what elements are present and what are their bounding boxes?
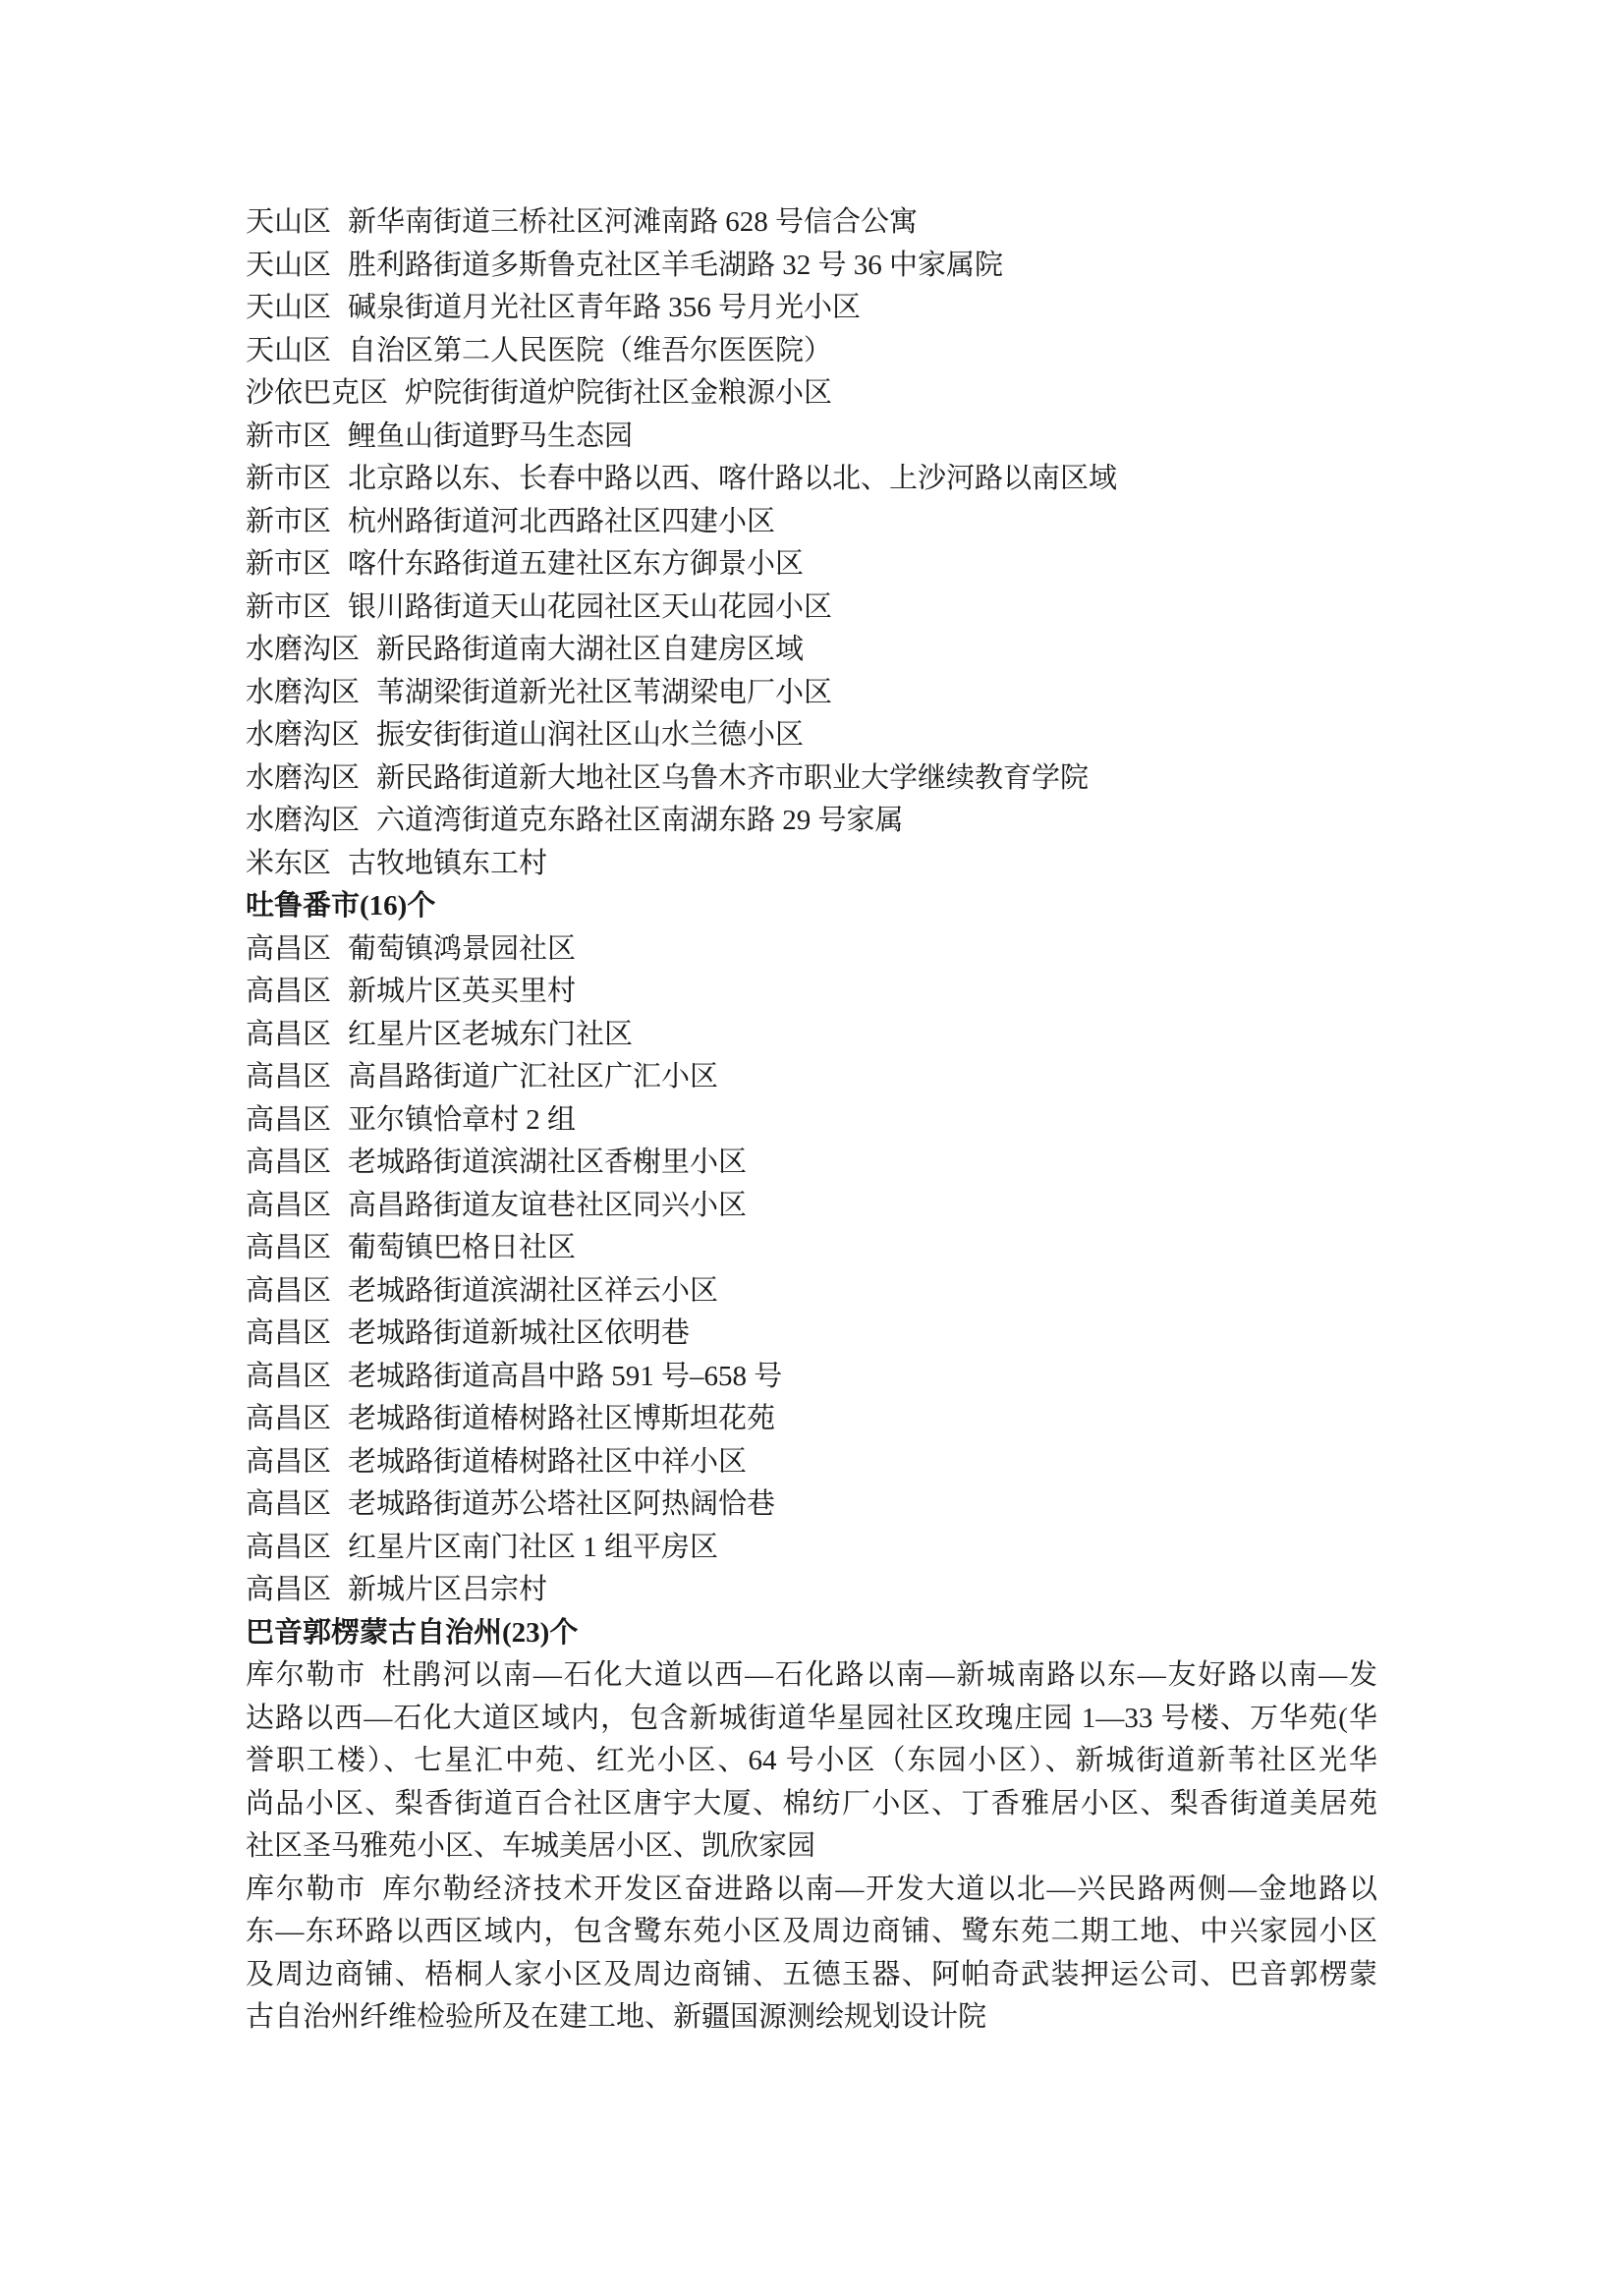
entry-detail: 胜利路街道多斯鲁克社区羊毛湖路 32 号 36 中家属院 — [348, 245, 1003, 288]
entry-district: 高昌区 — [246, 1142, 331, 1185]
entry-district: 高昌区 — [246, 1398, 331, 1441]
entry-district: 水磨沟区 — [246, 800, 360, 843]
entry-detail: 鲤鱼山街道野马生态园 — [348, 416, 633, 459]
entry-district: 高昌区 — [246, 1056, 331, 1099]
paragraph-line: 古自治州纤维检验所及在建工地、新疆国源测绘规划设计院 — [246, 1996, 1377, 2040]
entry-district: 高昌区 — [246, 1227, 331, 1270]
entry-district: 天山区 — [246, 201, 331, 245]
list-item: 沙依巴克区炉院街街道炉院街社区金粮源小区 — [246, 372, 1377, 416]
list-item: 新市区喀什东路街道五建社区东方御景小区 — [246, 543, 1377, 587]
entry-district: 高昌区 — [246, 1527, 331, 1570]
list-item: 新市区杭州路街道河北西路社区四建小区 — [246, 501, 1377, 544]
list-item: 高昌区老城路街道滨湖社区祥云小区 — [246, 1270, 1377, 1314]
paragraph-line: 东—东环路以西区域内，包含鹭东苑小区及周边商铺、鹭东苑二期工地、中兴家园小区 — [246, 1911, 1377, 1954]
list-item: 高昌区老城路街道高昌中路 591 号–658 号 — [246, 1356, 1377, 1399]
list-item: 水磨沟区苇湖梁街道新光社区苇湖梁电厂小区 — [246, 672, 1377, 715]
entry-detail: 杭州路街道河北西路社区四建小区 — [348, 501, 775, 544]
list-item: 高昌区老城路街道椿树路社区中祥小区 — [246, 1441, 1377, 1484]
list-item: 水磨沟区新民路街道南大湖社区自建房区域 — [246, 629, 1377, 672]
list-item: 高昌区老城路街道新城社区依明巷 — [246, 1313, 1377, 1356]
entry-district: 天山区 — [246, 245, 331, 288]
entry-district: 水磨沟区 — [246, 714, 360, 757]
entry-detail: 老城路街道椿树路社区博斯坦花苑 — [348, 1398, 775, 1441]
entry-district: 高昌区 — [246, 1356, 331, 1399]
entry-district: 沙依巴克区 — [246, 372, 388, 416]
entry-detail: 高昌路街道广汇社区广汇小区 — [348, 1056, 718, 1099]
paragraph-line: 达路以西—石化大道区域内，包含新城街道华星园社区玫瑰庄园 1—33 号楼、万华苑… — [246, 1698, 1377, 1741]
entry-district: 高昌区 — [246, 928, 331, 972]
entry-detail: 喀什东路街道五建社区东方御景小区 — [348, 543, 804, 587]
entry-detail: 新城片区英买里村 — [348, 971, 576, 1014]
list-item: 高昌区老城路街道苏公塔社区阿热阔恰巷 — [246, 1483, 1377, 1527]
paragraph-line: 库尔勒市 库尔勒经济技术开发区奋进路以南—开发大道以北—兴民路两侧—金地路以 — [246, 1869, 1377, 1912]
entry-detail: 新华南街道三桥社区河滩南路 628 号信合公寓 — [348, 201, 918, 245]
document-page: 天山区新华南街道三桥社区河滩南路 628 号信合公寓天山区胜利路街道多斯鲁克社区… — [246, 201, 1377, 2040]
entry-district: 高昌区 — [246, 1441, 331, 1484]
entry-detail: 振安街街道山润社区山水兰德小区 — [376, 714, 804, 757]
entry-district: 高昌区 — [246, 1014, 331, 1057]
entry-district: 水磨沟区 — [246, 757, 360, 801]
entry-district: 高昌区 — [246, 1099, 331, 1143]
list-item: 高昌区新城片区英买里村 — [246, 971, 1377, 1014]
list-item: 高昌区红星片区南门社区 1 组平房区 — [246, 1527, 1377, 1570]
entry-detail: 六道湾街道克东路社区南湖东路 29 号家属 — [376, 800, 904, 843]
paragraph-line: 誉职工楼）、七星汇中苑、红光小区、64 号小区（东园小区）、新城街道新苇社区光华 — [246, 1740, 1377, 1783]
entry-district: 高昌区 — [246, 1313, 331, 1356]
paragraph-line: 库尔勒市 杜鹃河以南—石化大道以西—石化路以南—新城南路以东—友好路以南—发 — [246, 1654, 1377, 1698]
list-item: 高昌区老城路街道滨湖社区香榭里小区 — [246, 1142, 1377, 1185]
entry-district: 新市区 — [246, 416, 331, 459]
entry-district: 高昌区 — [246, 1270, 331, 1314]
entry-detail: 新民路街道新大地社区乌鲁木齐市职业大学继续教育学院 — [376, 757, 1089, 801]
list-item: 高昌区亚尔镇恰章村 2 组 — [246, 1099, 1377, 1143]
entry-district: 高昌区 — [246, 971, 331, 1014]
entry-district: 天山区 — [246, 330, 331, 373]
list-item: 新市区北京路以东、长春中路以西、喀什路以北、上沙河路以南区域 — [246, 458, 1377, 501]
entry-district: 水磨沟区 — [246, 629, 360, 672]
list-item: 高昌区高昌路街道广汇社区广汇小区 — [246, 1056, 1377, 1099]
list-item: 天山区胜利路街道多斯鲁克社区羊毛湖路 32 号 36 中家属院 — [246, 245, 1377, 288]
list-item: 高昌区高昌路街道友谊巷社区同兴小区 — [246, 1185, 1377, 1228]
list-item: 水磨沟区六道湾街道克东路社区南湖东路 29 号家属 — [246, 800, 1377, 843]
entry-detail: 碱泉街道月光社区青年路 356 号月光小区 — [348, 287, 861, 330]
entry-district: 高昌区 — [246, 1569, 331, 1612]
entry-detail: 老城路街道滨湖社区香榭里小区 — [348, 1142, 747, 1185]
entry-detail: 自治区第二人民医院（维吾尔医医院） — [348, 330, 832, 373]
entry-district: 天山区 — [246, 287, 331, 330]
section-heading: 巴音郭楞蒙古自治州(23)个 — [246, 1612, 1377, 1655]
list-item: 高昌区葡萄镇巴格日社区 — [246, 1227, 1377, 1270]
entry-detail: 老城路街道高昌中路 591 号–658 号 — [348, 1356, 782, 1399]
list-item: 天山区碱泉街道月光社区青年路 356 号月光小区 — [246, 287, 1377, 330]
list-item: 新市区银川路街道天山花园社区天山花园小区 — [246, 587, 1377, 630]
list-item: 水磨沟区新民路街道新大地社区乌鲁木齐市职业大学继续教育学院 — [246, 757, 1377, 801]
entry-district: 新市区 — [246, 543, 331, 587]
paragraph-line: 尚品小区、梨香街道百合社区唐宇大厦、棉纺厂小区、丁香雅居小区、梨香街道美居苑 — [246, 1783, 1377, 1826]
entry-detail: 新城片区吕宗村 — [348, 1569, 547, 1612]
list-item: 天山区新华南街道三桥社区河滩南路 628 号信合公寓 — [246, 201, 1377, 245]
paragraph-line: 社区圣马雅苑小区、车城美居小区、凯欣家园 — [246, 1825, 1377, 1869]
paragraph-line: 及周边商铺、梧桐人家小区及周边商铺、五德玉器、阿帕奇武装押运公司、巴音郭楞蒙 — [246, 1954, 1377, 1997]
section-heading: 吐鲁番市(16)个 — [246, 885, 1377, 928]
list-item: 米东区古牧地镇东工村 — [246, 843, 1377, 886]
entry-detail: 苇湖梁街道新光社区苇湖梁电厂小区 — [376, 672, 832, 715]
entry-detail: 新民路街道南大湖社区自建房区域 — [376, 629, 804, 672]
entry-district: 高昌区 — [246, 1483, 331, 1527]
entry-detail: 老城路街道滨湖社区祥云小区 — [348, 1270, 718, 1314]
entry-detail: 古牧地镇东工村 — [348, 843, 547, 886]
list-item: 高昌区葡萄镇鸿景园社区 — [246, 928, 1377, 972]
entry-detail: 老城路街道椿树路社区中祥小区 — [348, 1441, 747, 1484]
entry-district: 米东区 — [246, 843, 331, 886]
list-item: 高昌区新城片区吕宗村 — [246, 1569, 1377, 1612]
list-item: 高昌区红星片区老城东门社区 — [246, 1014, 1377, 1057]
entry-detail: 高昌路街道友谊巷社区同兴小区 — [348, 1185, 747, 1228]
entry-detail: 老城路街道新城社区依明巷 — [348, 1313, 690, 1356]
entry-district: 新市区 — [246, 458, 331, 501]
entry-detail: 炉院街街道炉院街社区金粮源小区 — [405, 372, 832, 416]
entry-detail: 葡萄镇巴格日社区 — [348, 1227, 576, 1270]
list-item: 高昌区老城路街道椿树路社区博斯坦花苑 — [246, 1398, 1377, 1441]
entry-detail: 亚尔镇恰章村 2 组 — [348, 1099, 576, 1143]
entry-detail: 葡萄镇鸿景园社区 — [348, 928, 576, 972]
entry-district: 水磨沟区 — [246, 672, 360, 715]
list-item: 新市区鲤鱼山街道野马生态园 — [246, 416, 1377, 459]
entry-district: 新市区 — [246, 587, 331, 630]
list-item: 水磨沟区振安街街道山润社区山水兰德小区 — [246, 714, 1377, 757]
entry-detail: 北京路以东、长春中路以西、喀什路以北、上沙河路以南区域 — [348, 458, 1117, 501]
entry-detail: 银川路街道天山花园社区天山花园小区 — [348, 587, 832, 630]
entry-detail: 红星片区南门社区 1 组平房区 — [348, 1527, 718, 1570]
entry-district: 高昌区 — [246, 1185, 331, 1228]
entry-detail: 老城路街道苏公塔社区阿热阔恰巷 — [348, 1483, 775, 1527]
list-item: 天山区自治区第二人民医院（维吾尔医医院） — [246, 330, 1377, 373]
entry-district: 新市区 — [246, 501, 331, 544]
entry-detail: 红星片区老城东门社区 — [348, 1014, 633, 1057]
